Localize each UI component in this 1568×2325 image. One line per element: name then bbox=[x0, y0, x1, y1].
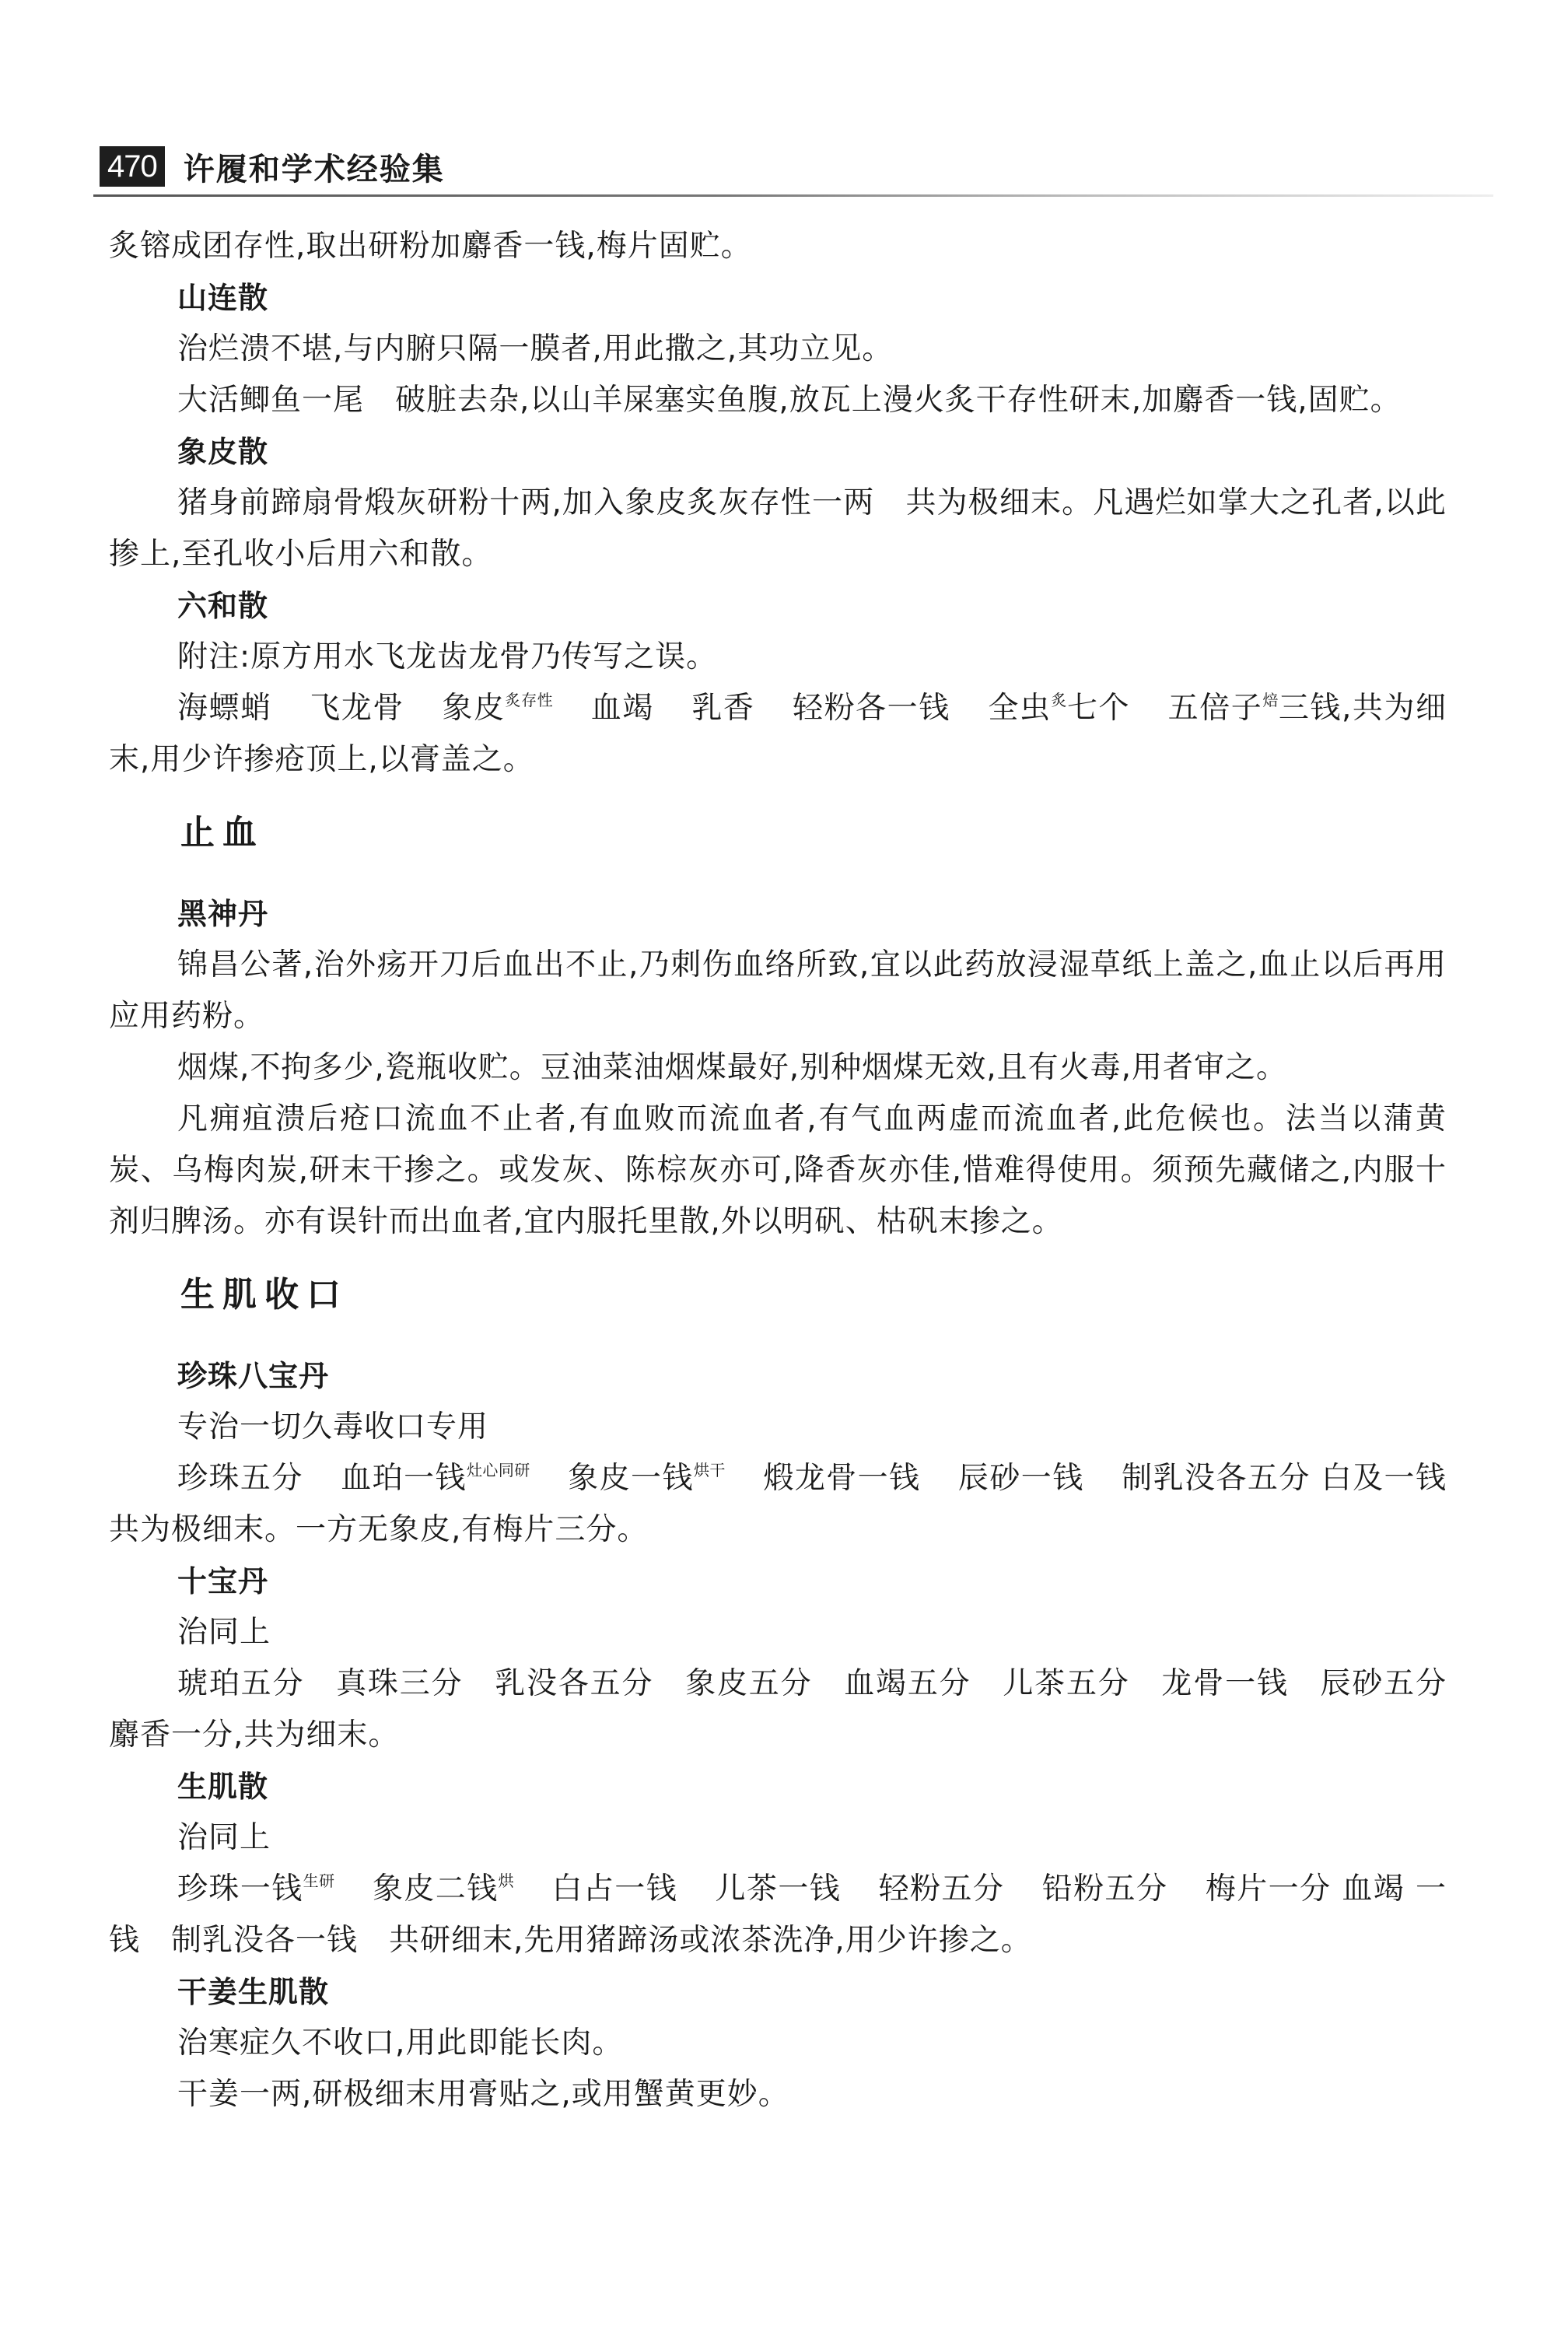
running-header: 470 许履和学术经验集 bbox=[100, 145, 445, 188]
ingredient-list: 琥珀五分 真珠三分 乳没各五分 象皮五分 血竭五分 儿茶五分 龙骨一钱 辰砂五分… bbox=[109, 1658, 1447, 1761]
ingredient: 乳香 bbox=[691, 691, 755, 726]
paragraph: 猪身前蹄扇骨煅灰研粉十两,加入象皮炙灰存性一两 共为极细末。凡遇烂如掌大之孔者,… bbox=[109, 478, 1447, 580]
ingredient: 血珀一钱 bbox=[341, 1461, 467, 1496]
paragraph: 附注:原方用水飞龙齿龙骨乃传写之误。 bbox=[109, 632, 1447, 683]
ingredient-amount: 三钱, bbox=[1279, 691, 1353, 726]
recipe-title: 珍珠八宝丹 bbox=[109, 1350, 1447, 1402]
recipe-title: 干姜生肌散 bbox=[109, 1966, 1447, 2018]
recipe-title: 六和散 bbox=[109, 580, 1447, 632]
ingredient: 象皮一钱 bbox=[568, 1461, 694, 1496]
paragraph: 治同上 bbox=[109, 1607, 1447, 1658]
ingredient: 儿茶一钱 bbox=[715, 1872, 841, 1907]
paragraph: 治寒症久不收口,用此即能长肉。 bbox=[109, 2018, 1447, 2069]
ingredient: 全虫 bbox=[988, 691, 1052, 726]
paragraph: 烟煤,不拘多少,瓷瓶收贮。豆油菜油烟煤最好,别种烟煤无效,且有火毒,用者审之。 bbox=[109, 1042, 1447, 1094]
ingredient: 血竭 bbox=[590, 691, 654, 726]
preparation-note: 炙存性 bbox=[506, 691, 554, 709]
ingredient: 海螵蛸 bbox=[177, 691, 272, 726]
ingredient: 轻粉各一钱 bbox=[792, 691, 950, 726]
ingredient: 五倍子 bbox=[1167, 691, 1262, 726]
paragraph: 炙镕成团存性,取出研粉加麝香一钱,梅片固贮。 bbox=[109, 221, 1447, 272]
paragraph: 锦昌公著,治外疡开刀后血出不止,乃刺伤血络所致,宜以此药放浸湿草纸上盖之,血止以… bbox=[109, 940, 1447, 1042]
page-body: 炙镕成团存性,取出研粉加麝香一钱,梅片固贮。 山连散 治烂溃不堪,与内腑只隔一膜… bbox=[109, 221, 1447, 2120]
book-page: 470 许履和学术经验集 炙镕成团存性,取出研粉加麝香一钱,梅片固贮。 山连散 … bbox=[0, 0, 1568, 2325]
ingredient: 铅粉五分 bbox=[1041, 1872, 1167, 1907]
ingredient: 象皮 bbox=[442, 691, 506, 726]
ingredient: 珍珠五分 bbox=[177, 1461, 303, 1496]
paragraph: 治同上 bbox=[109, 1812, 1447, 1864]
paragraph: 干姜一两,研极细末用膏贴之,或用蟹黄更妙。 bbox=[109, 2069, 1447, 2120]
paragraph: 大活鲫鱼一尾 破脏去杂,以山羊屎塞实鱼腹,放瓦上漫火炙干存性研末,加麝香一钱,固… bbox=[109, 375, 1447, 426]
ingredient-list: 海螵蛸飞龙骨象皮炙存性血竭乳香轻粉各一钱全虫炙七个五倍子焙三钱,共为细末,用少许… bbox=[109, 683, 1447, 786]
ingredient: 珍珠一钱 bbox=[177, 1872, 303, 1907]
recipe-title: 十宝丹 bbox=[109, 1556, 1447, 1607]
section-title: 止血 bbox=[109, 807, 1447, 859]
preparation-note: 烘 bbox=[499, 1872, 514, 1890]
page-number: 470 bbox=[100, 146, 165, 187]
recipe-title: 山连散 bbox=[109, 272, 1447, 324]
ingredient-list: 珍珠一钱生研象皮二钱烘白占一钱儿茶一钱轻粉五分铅粉五分梅片一分 血竭 一钱 制乳… bbox=[109, 1864, 1447, 1966]
preparation-note: 焙 bbox=[1262, 691, 1279, 709]
paragraph: 专治一切久毒收口专用 bbox=[109, 1402, 1447, 1453]
preparation-note: 烘干 bbox=[694, 1461, 726, 1479]
recipe-title: 象皮散 bbox=[109, 426, 1447, 478]
paragraph: 治烂溃不堪,与内腑只隔一膜者,用此撒之,其功立见。 bbox=[109, 324, 1447, 375]
ingredient: 飞龙骨 bbox=[310, 691, 404, 726]
recipe-title: 黑神丹 bbox=[109, 888, 1447, 940]
ingredient-list: 珍珠五分血珀一钱灶心同研象皮一钱烘干煅龙骨一钱辰砂一钱制乳没各五分 白及一钱 共… bbox=[109, 1453, 1447, 1556]
recipe-title: 生肌散 bbox=[109, 1761, 1447, 1812]
ingredient: 象皮二钱 bbox=[373, 1872, 499, 1907]
paragraph: 凡痈疽溃后疮口流血不止者,有血败而流血者,有气血两虚而流血者,此危候也。法当以蒲… bbox=[109, 1094, 1447, 1248]
ingredient: 白占一钱 bbox=[551, 1872, 677, 1907]
ingredient: 梅片一分 bbox=[1205, 1872, 1331, 1907]
preparation-note: 生研 bbox=[303, 1872, 335, 1890]
ingredient: 辰砂一钱 bbox=[957, 1461, 1083, 1496]
section-title: 生肌收口 bbox=[109, 1269, 1447, 1321]
preparation-note: 炙 bbox=[1051, 691, 1067, 709]
header-rule bbox=[93, 194, 1493, 197]
ingredient: 煅龙骨一钱 bbox=[763, 1461, 921, 1496]
ingredient-amount: 七个 bbox=[1067, 691, 1130, 726]
ingredient: 轻粉五分 bbox=[878, 1872, 1004, 1907]
ingredient: 制乳没各五分 bbox=[1122, 1461, 1311, 1496]
preparation-note: 灶心同研 bbox=[467, 1461, 530, 1479]
book-title: 许履和学术经验集 bbox=[184, 145, 445, 189]
